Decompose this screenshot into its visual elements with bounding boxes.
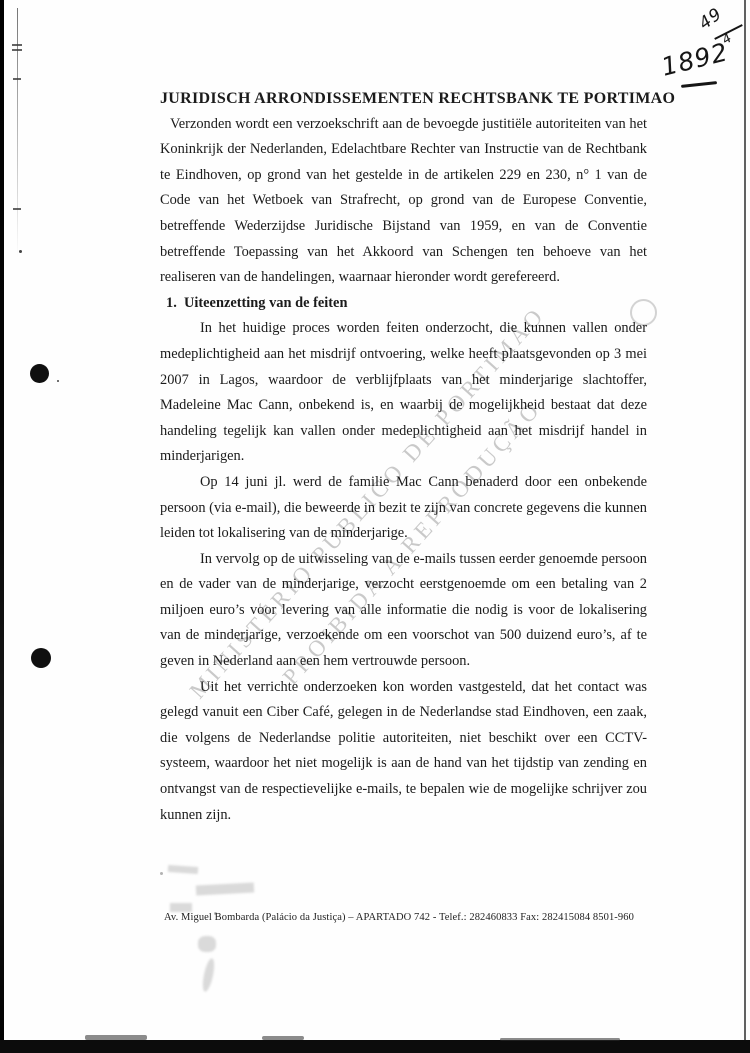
body-paragraph: Op 14 juni jl. werd de familie Mac Cann … — [160, 470, 647, 547]
section-heading: 1. Uiteenzetting van de feiten — [160, 291, 647, 317]
scan-speck — [160, 872, 163, 875]
scan-smudge — [500, 1038, 620, 1041]
scan-edge-bottom-bar — [0, 1040, 750, 1053]
scan-speck — [57, 380, 59, 382]
stamp-smudge — [168, 865, 198, 874]
footer-address: Av. Miguel Bombarda (Palácio da Justiça)… — [164, 912, 634, 923]
binding-tick — [13, 78, 21, 80]
stamp-smudge — [196, 882, 254, 895]
scan-edge-right — [744, 0, 746, 1040]
document-body: JURIDISCH ARRONDISSEMENTEN RECHTSBANK TE… — [160, 86, 647, 828]
stamp-smudge — [170, 903, 192, 912]
handwritten-underline — [681, 81, 717, 87]
binding-tick — [12, 44, 22, 46]
binding-tick — [12, 49, 22, 51]
body-paragraph: Uit het verrichte onderzoeken kon worden… — [160, 675, 647, 829]
handwritten-doc-number: 1892 — [658, 37, 731, 81]
stamp-smudge — [198, 936, 216, 952]
scan-speck — [214, 912, 217, 915]
scan-speck — [19, 250, 22, 253]
stamp-smudge — [201, 957, 217, 992]
body-paragraph: In vervolg op de uitwisseling van de e-m… — [160, 547, 647, 675]
intro-paragraph: Verzonden wordt een verzoekschrift aan d… — [160, 112, 647, 291]
body-paragraph: In het huidige proces worden feiten onde… — [160, 316, 647, 470]
scanned-legal-document-page: MINISTÉRIO PÚBLICO DE PORTIMÃO PROIBIDA … — [0, 0, 750, 1053]
handwritten-page-fraction-numerator: 49 — [695, 4, 726, 34]
binding-tick — [13, 208, 21, 210]
scan-smudge — [85, 1035, 147, 1040]
scan-edge-left — [0, 0, 4, 1053]
document-title: JURIDISCH ARRONDISSEMENTEN RECHTSBANK TE… — [160, 86, 647, 112]
hole-punch — [31, 648, 51, 668]
scan-smudge — [262, 1036, 304, 1040]
hole-punch — [30, 364, 49, 383]
